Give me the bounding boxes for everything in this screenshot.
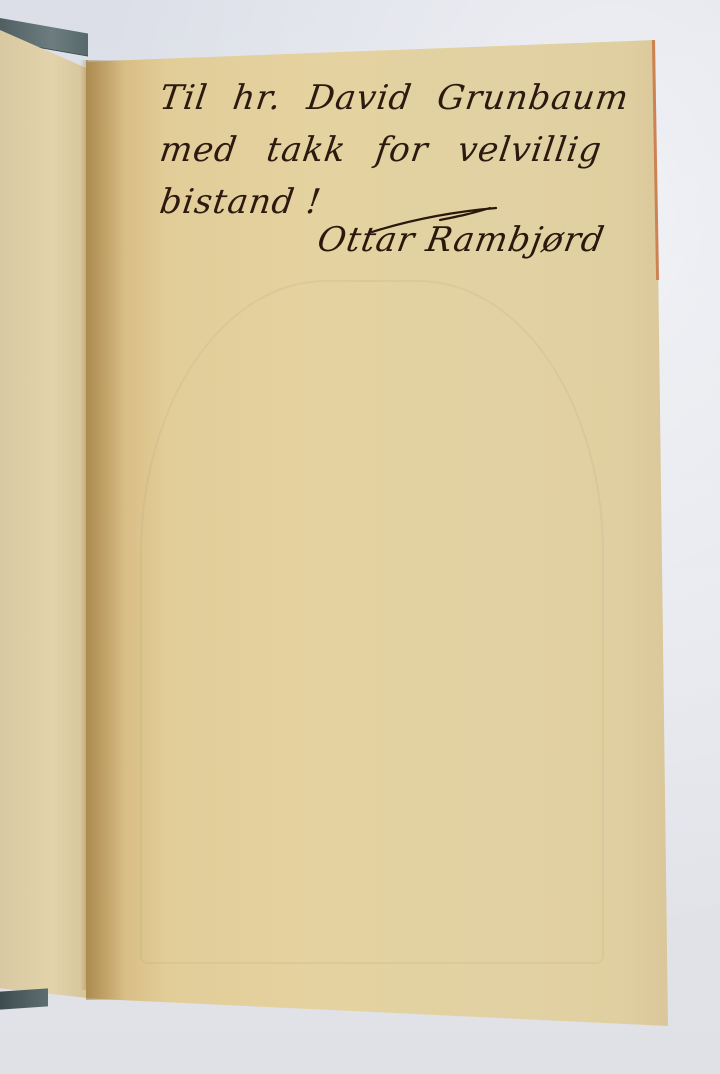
gutter-shadow — [86, 60, 126, 1000]
book-cover-cloth-bottom — [0, 988, 48, 1009]
handwritten-inscription: Til hr. David Grunbaum med takk for velv… — [160, 72, 640, 228]
inscription-line-2: med takk for velvillig — [156, 124, 643, 176]
left-facing-page — [0, 30, 88, 998]
signature: Ottar Rambjørd — [314, 220, 607, 260]
photo-scene: Til hr. David Grunbaum med takk for velv… — [0, 0, 720, 1074]
inscription-line-1: Til hr. David Grunbaum — [156, 72, 643, 124]
